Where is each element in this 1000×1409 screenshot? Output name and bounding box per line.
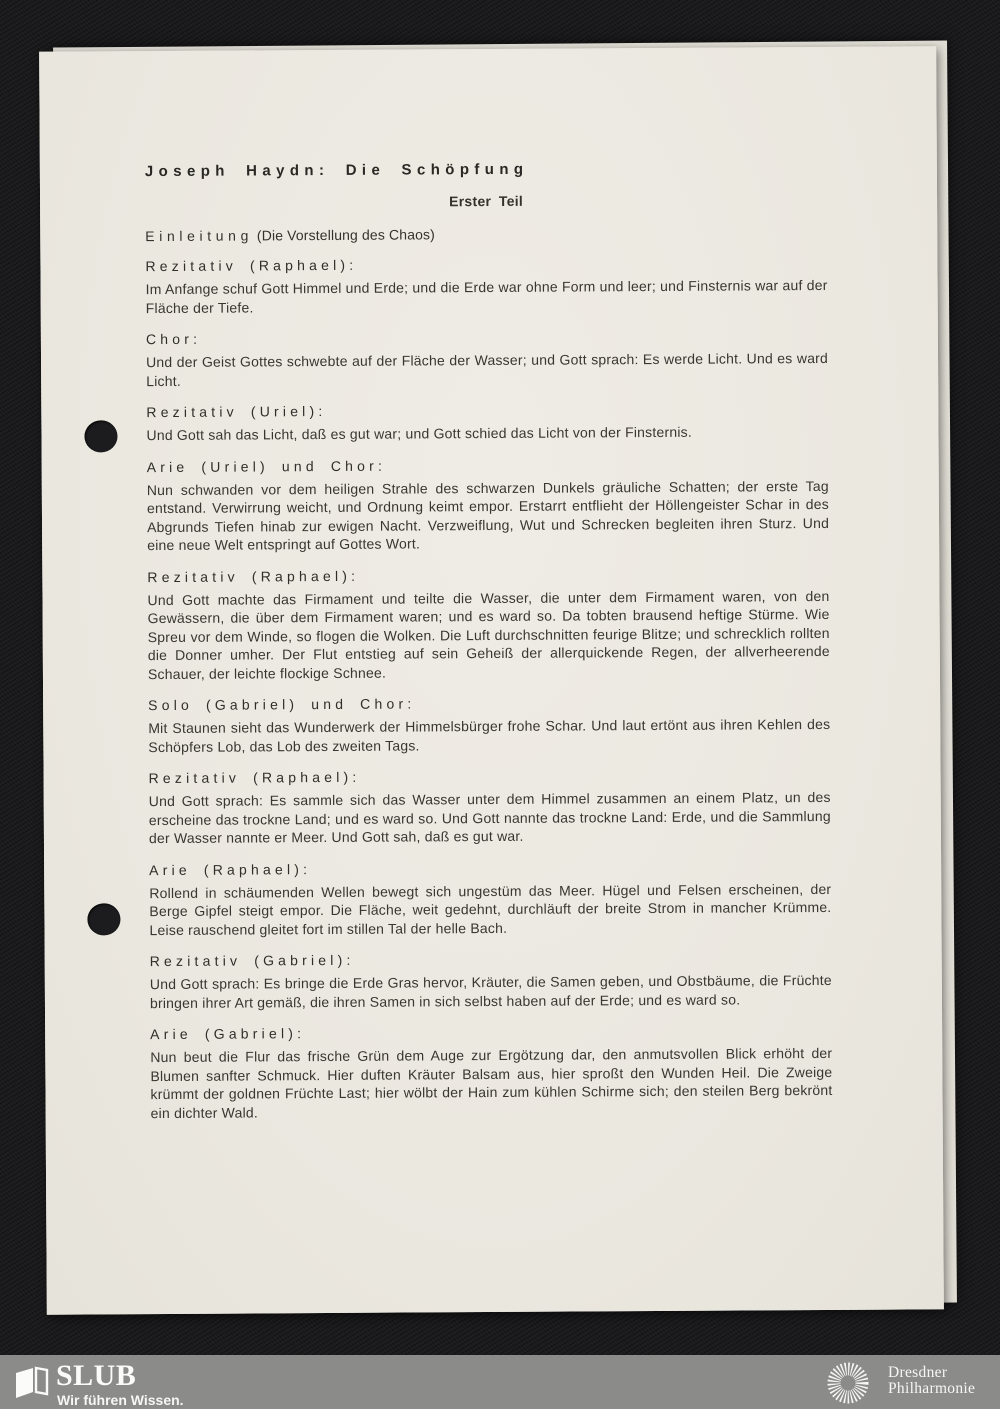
philharmonie-name: Dresdner Philharmonie (888, 1365, 975, 1397)
part-heading: Erster Teil (145, 191, 827, 211)
section-rezitativ-gabriel: Rezitativ (Gabriel): Und Gott sprach: Es… (150, 948, 832, 1012)
philharmonie-name-line1: Dresdner (888, 1365, 975, 1381)
section-heading: Chor: (146, 326, 828, 349)
section-heading: Rezitativ (Uriel): (146, 399, 828, 422)
punch-hole-top (84, 420, 117, 452)
section-chor: Chor: Und der Geist Gottes schwebte auf … (146, 326, 828, 390)
section-body: Mit Staunen sieht das Wunderwerk der Him… (148, 715, 830, 756)
scan-background: Joseph Haydn: Die Schöpfung Erster Teil … (0, 0, 1000, 1409)
slub-wordmark: SLUB (56, 1359, 136, 1393)
section-heading: Solo (Gabriel) und Chor: (148, 692, 830, 715)
section-rezitativ-uriel: Rezitativ (Uriel): Und Gott sah das Lich… (146, 399, 828, 445)
section-body: Nun schwanden vor dem heiligen Strahle d… (147, 476, 829, 554)
section-body: Und der Geist Gottes schwebte auf der Fl… (146, 349, 828, 390)
section-body: Und Gott sprach: Es bringe die Erde Gras… (150, 971, 832, 1012)
introduction-label: Einleitung (145, 227, 253, 244)
page-title: Joseph Haydn: Die Schöpfung (145, 159, 827, 180)
section-solo-gabriel-und-chor: Solo (Gabriel) und Chor: Mit Staunen sie… (148, 692, 830, 756)
slub-tagline: Wir führen Wissen. (57, 1392, 184, 1408)
page-content: Joseph Haydn: Die Schöpfung Erster Teil … (145, 159, 833, 1122)
section-heading: Arie (Uriel) und Chor: (147, 453, 829, 476)
section-body: Rollend in schäumenden Wellen bewegt sic… (149, 879, 831, 939)
branding-footer-bar: SLUB Wir führen Wissen. Dresdner Philhar… (0, 1355, 1000, 1409)
section-arie-raphael: Arie (Raphael): Rollend in schäumenden W… (149, 856, 831, 939)
introduction-line: Einleitung (Die Vorstellung des Chaos) (145, 224, 827, 244)
section-body: Nun beut die Flur das frische Grün dem A… (150, 1044, 832, 1122)
section-heading: Rezitativ (Raphael): (147, 563, 829, 586)
section-heading: Arie (Raphael): (149, 856, 831, 879)
punch-hole-bottom (87, 903, 120, 935)
section-rezitativ-raphael-2: Rezitativ (Raphael): Und Gott machte das… (147, 563, 830, 683)
section-body: Im Anfange schuf Gott Himmel und Erde; u… (146, 276, 828, 317)
section-rezitativ-raphael-3: Rezitativ (Raphael): Und Gott sprach: Es… (149, 765, 831, 848)
open-book-icon (14, 1365, 50, 1399)
section-heading: Arie (Gabriel): (150, 1021, 832, 1044)
section-heading: Rezitativ (Raphael): (145, 253, 827, 276)
scanned-program-page: Joseph Haydn: Die Schöpfung Erster Teil … (39, 46, 944, 1314)
section-rezitativ-raphael-1: Rezitativ (Raphael): Im Anfange schuf Go… (145, 253, 827, 317)
sunburst-ring-icon (826, 1361, 870, 1405)
introduction-subtitle: (Die Vorstellung des Chaos) (257, 226, 435, 243)
section-arie-uriel-und-chor: Arie (Uriel) und Chor: Nun schwanden vor… (147, 453, 830, 554)
section-heading: Rezitativ (Gabriel): (150, 948, 832, 971)
section-body: Und Gott sprach: Es sammle sich das Wass… (149, 788, 831, 848)
section-arie-gabriel: Arie (Gabriel): Nun beut die Flur das fr… (150, 1021, 833, 1122)
section-body: Und Gott machte das Firmament und teilte… (147, 586, 830, 683)
philharmonie-logo-group: Dresdner Philharmonie (826, 1355, 986, 1409)
section-body: Und Gott sah das Licht, daß es gut war; … (146, 422, 828, 445)
section-heading: Rezitativ (Raphael): (149, 765, 831, 788)
philharmonie-name-line2: Philharmonie (888, 1381, 975, 1397)
